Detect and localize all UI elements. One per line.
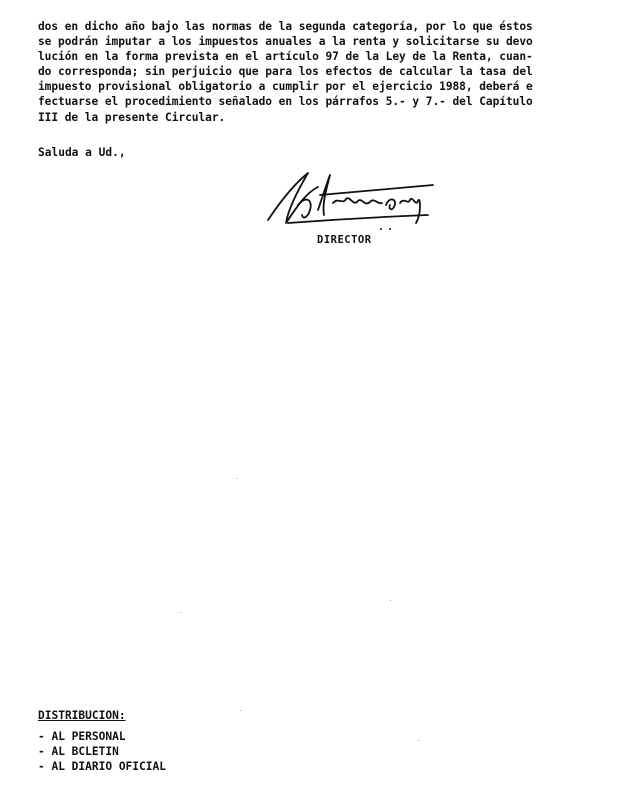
scan-speck (240, 710, 241, 711)
distribution-item: - AL DIARIO OFICIAL (38, 759, 166, 774)
body-line: fectuarse el procedimiento señalado en l… (38, 94, 618, 109)
scan-speck (390, 600, 391, 601)
body-line: impuesto provisional obligatorio a cumpl… (38, 79, 618, 94)
signature-icon (258, 165, 438, 230)
body-paragraph: dos en dicho año bajo las normas de la s… (38, 19, 618, 125)
distribution-item: - AL BCLETIN (38, 744, 166, 759)
distribution-heading: DISTRIBUCION: (38, 709, 126, 722)
scan-speck (236, 478, 237, 479)
distribution-list: - AL PERSONAL - AL BCLETIN - AL DIARIO O… (38, 729, 166, 774)
body-line: lución en la forma prevista en el artícu… (38, 49, 618, 64)
body-line: se podrán imputar a los impuestos anuale… (38, 34, 618, 49)
body-line: do corresponda; sin perjuicio que para l… (38, 64, 618, 79)
document-page: dos en dicho año bajo las normas de la s… (0, 0, 630, 788)
body-line: dos en dicho año bajo las normas de la s… (38, 19, 618, 34)
closing-salutation: Saluda a Ud., (38, 146, 126, 159)
signatory-title: DIRECTOR (317, 234, 372, 246)
distribution-item: - AL PERSONAL (38, 729, 166, 744)
scan-speck (418, 740, 419, 741)
scan-speck (180, 612, 181, 613)
body-line: III de la presente Circular. (38, 110, 618, 125)
